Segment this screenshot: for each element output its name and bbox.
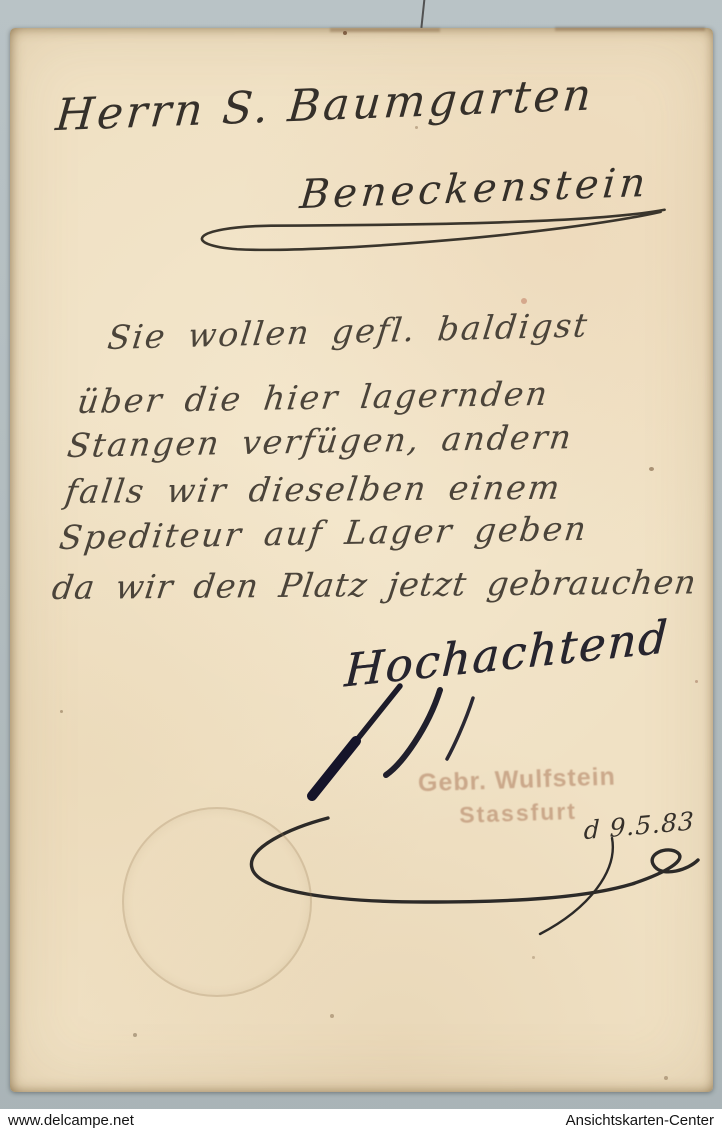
body-line-3: Stangen verfügen, andern xyxy=(65,417,575,465)
paper-stain xyxy=(133,1033,137,1037)
paper-stain xyxy=(664,1076,668,1080)
watermark-right: Ansichtskarten-Center xyxy=(566,1112,714,1129)
merchant-stamp-name: Gebr. Wulfstein xyxy=(399,764,635,797)
body-line-6: da wir den Platz jetzt gebrauchen xyxy=(50,562,699,607)
watermark-bar: www.delcampe.net Ansichtskarten-Center xyxy=(0,1109,722,1131)
recipient-name-line: Herrn S. Baumgarten xyxy=(54,69,596,141)
postcard-scan: Herrn S. Baumgarten Beneckenstein Sie wo… xyxy=(0,0,722,1131)
paper-stain xyxy=(532,956,535,959)
paper-stain xyxy=(60,710,63,713)
paper-stain xyxy=(649,467,654,471)
embossed-circle-mark xyxy=(122,807,312,997)
body-line-1: Sie wollen gefl. baldigst xyxy=(106,305,591,357)
paper-stain xyxy=(555,27,705,31)
postcard-paper: Herrn S. Baumgarten Beneckenstein Sie wo… xyxy=(10,28,713,1092)
watermark-left: www.delcampe.net xyxy=(8,1112,134,1129)
paper-stain xyxy=(521,298,527,304)
body-line-4: falls wir dieselben einem xyxy=(63,468,564,511)
body-line-2: über die hier lagernden xyxy=(75,374,551,421)
paper-stain xyxy=(330,1014,334,1018)
paper-stain xyxy=(695,680,698,683)
scanner-thread-artifact xyxy=(420,0,425,28)
paper-stain xyxy=(415,126,418,129)
body-line-5: Spediteur auf Lager geben xyxy=(57,509,590,557)
paper-stain xyxy=(343,31,347,35)
underline-flourish xyxy=(175,206,672,265)
